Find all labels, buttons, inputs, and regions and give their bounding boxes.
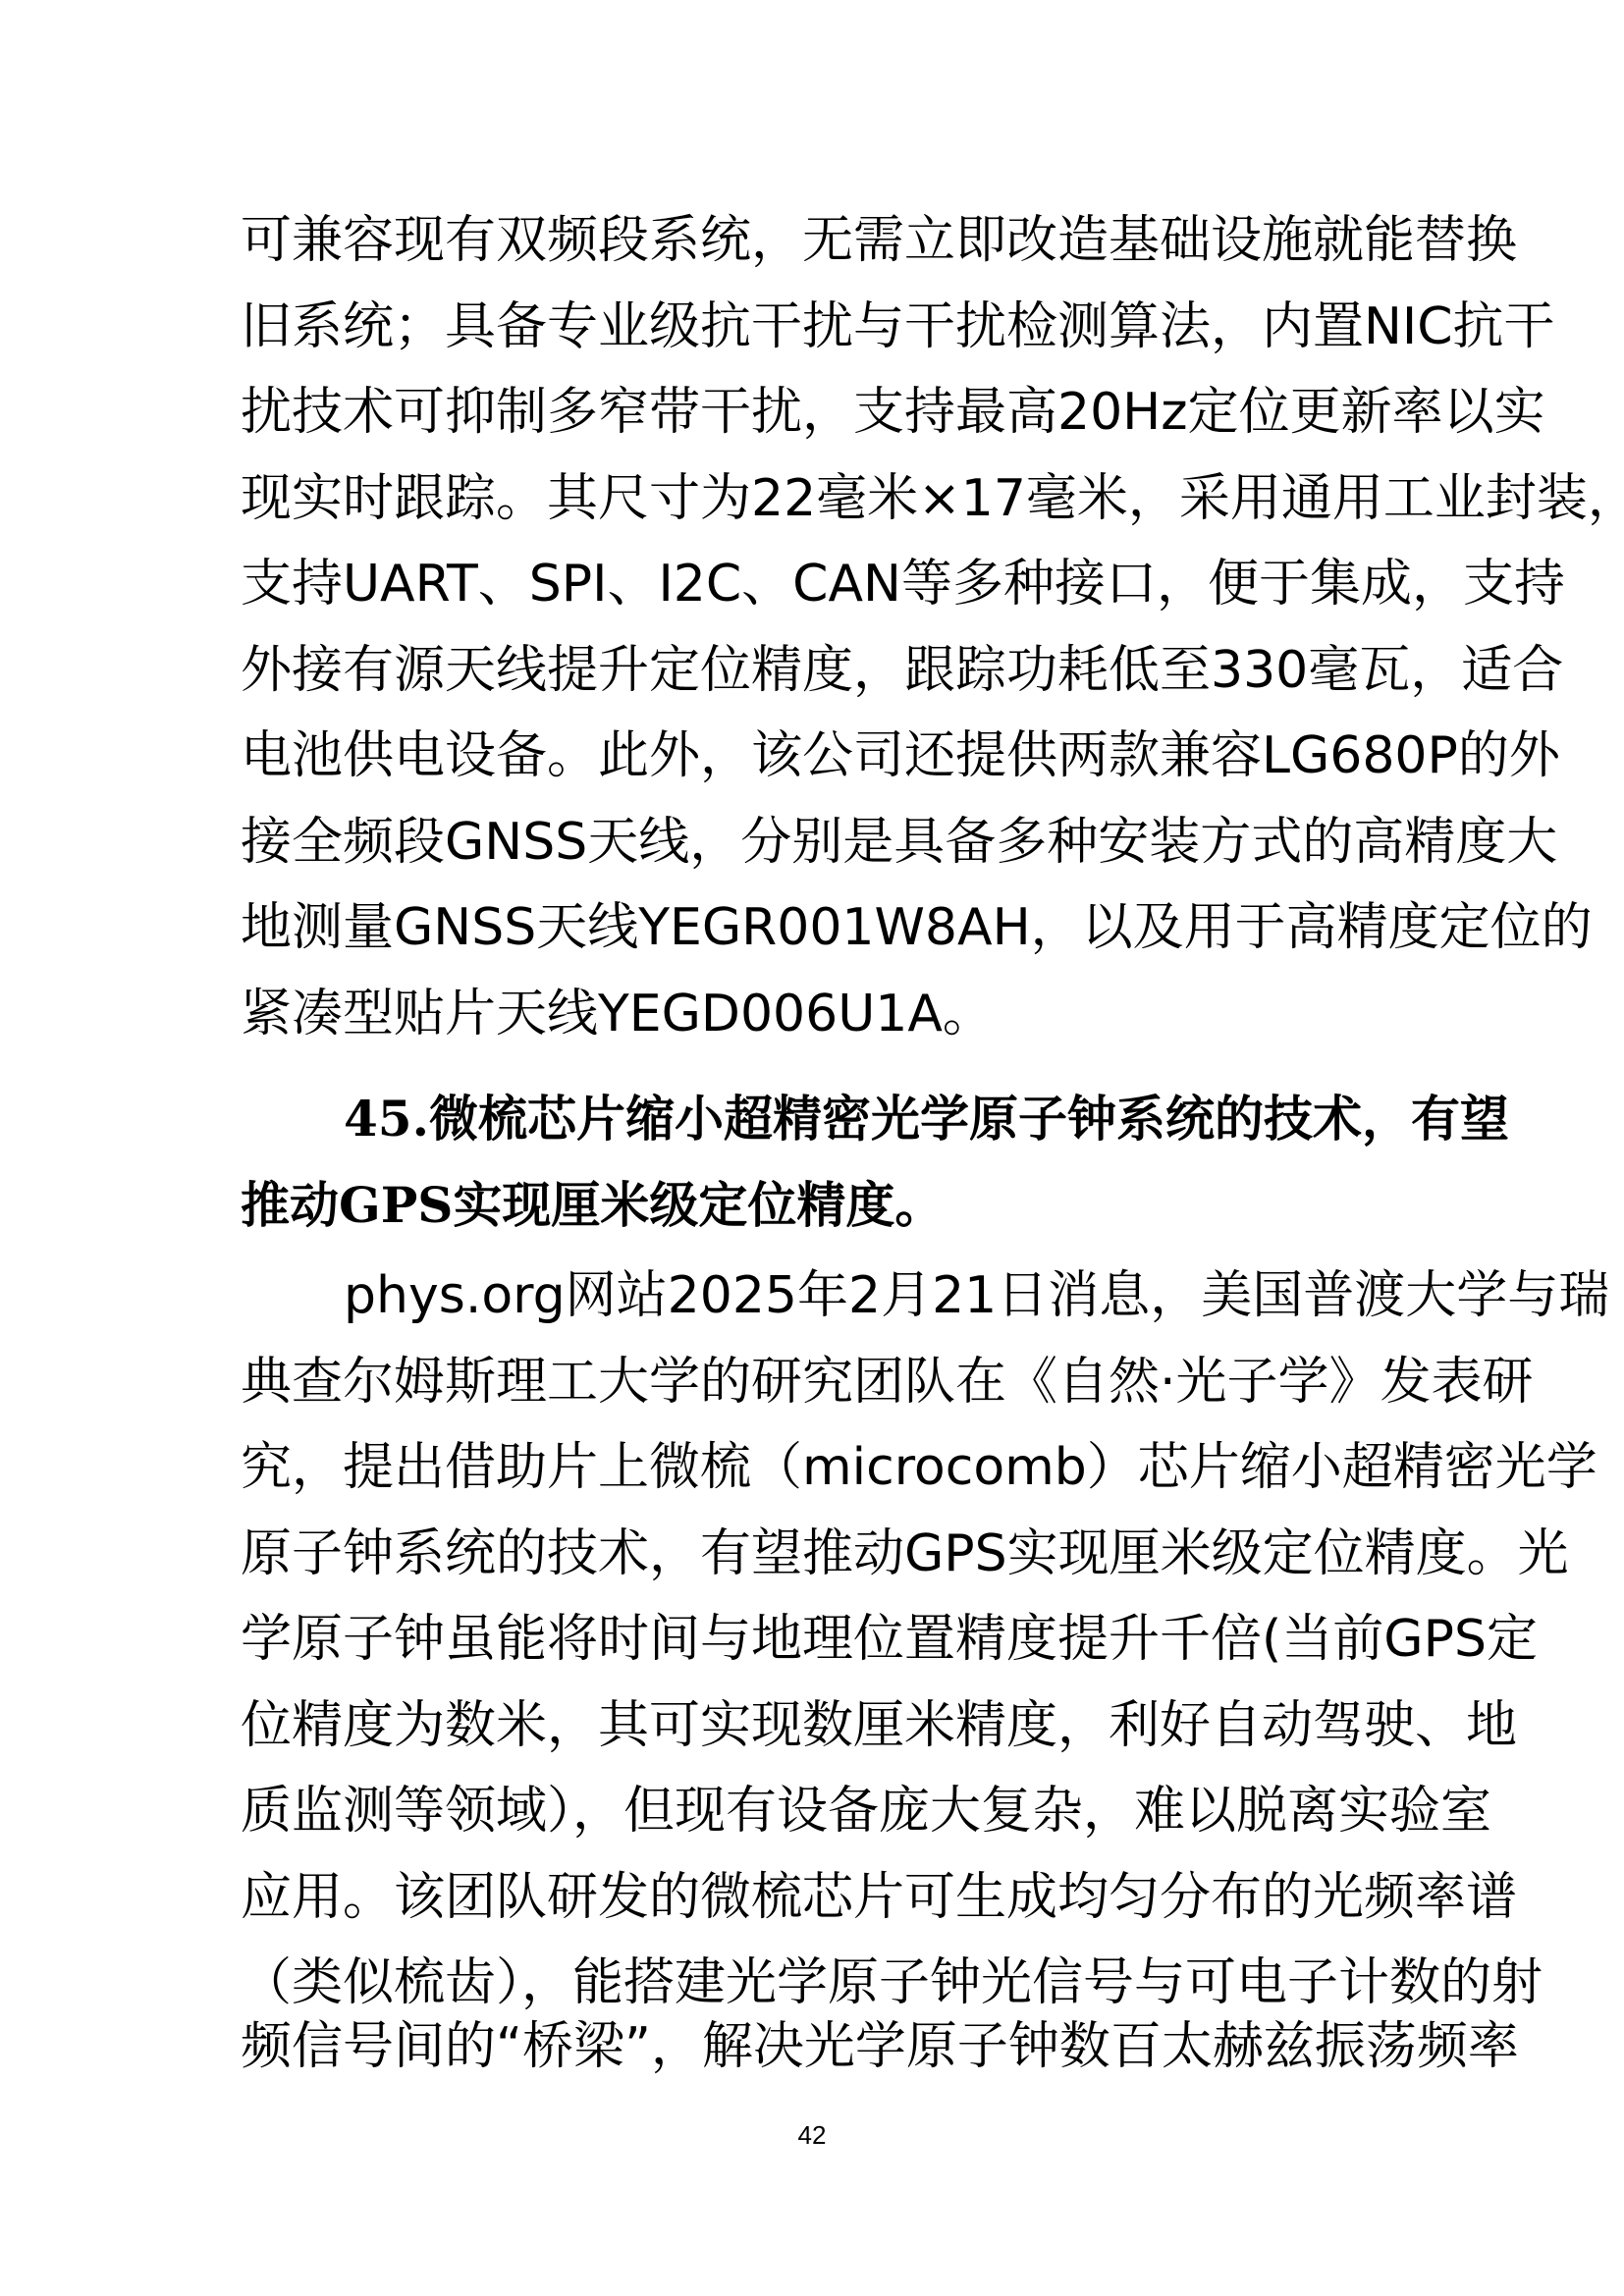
body-line: 外接有源天线提升定位精度，跟踪功耗低至330毫瓦，适合 bbox=[241, 631, 1387, 710]
body-line: 位精度为数米，其可实现数厘米精度，利好自动驾驶、地 bbox=[241, 1686, 1387, 1765]
body-line: 接全频段GNSS天线，分别是具备多种安装方式的高精度大 bbox=[241, 803, 1387, 881]
body-line: 应用。该团队研发的微梳芯片可生成均匀分布的光频率谱 bbox=[241, 1858, 1387, 1937]
body-line: 现实时跟踪。其尺寸为22毫米×17毫米，采用通用工业封装， bbox=[241, 459, 1387, 538]
body-line: 质监测等领域），但现有设备庞大复杂，难以脱离实验室 bbox=[241, 1772, 1387, 1850]
body-line: phys.org网站2025年2月21日消息，美国普渡大学与瑞 bbox=[344, 1256, 1387, 1335]
body-line: 支持UART、SPI、I2C、CAN等多种接口，便于集成，支持 bbox=[241, 545, 1387, 623]
heading-line: 推动GPS实现厘米级定位精度。 bbox=[241, 1166, 1387, 1245]
body-line: 地测量GNSS天线YEGR001W8AH，以及用于高精度定位的 bbox=[241, 888, 1387, 967]
document-page: 可兼容现有双频段系统，无需立即改造基础设施就能替换 旧系统；具备专业级抗干扰与干… bbox=[0, 0, 1624, 2296]
heading-line: 45.微梳芯片缩小超精密光学原子钟系统的技术，有望 bbox=[344, 1080, 1387, 1158]
body-line: 紧凑型贴片天线YEGD006U1A。 bbox=[241, 975, 1387, 1053]
body-line: 究，提出借助片上微梳（microcomb）芯片缩小超精密光学 bbox=[241, 1428, 1387, 1507]
body-line: 扰技术可抑制多窄带干扰，支持最高20Hz定位更新率以实 bbox=[241, 373, 1387, 452]
body-line: 可兼容现有双频段系统，无需立即改造基础设施就能替换 bbox=[241, 201, 1387, 280]
body-line: 频信号间的“桥梁”，解决光学原子钟数百太赫兹振荡频率 bbox=[241, 2007, 1387, 2086]
body-line: 旧系统；具备专业级抗干扰与干扰检测算法，内置NIC抗干 bbox=[241, 288, 1387, 366]
body-line: 学原子钟虽能将时间与地理位置精度提升千倍(当前GPS定 bbox=[241, 1600, 1387, 1679]
body-line: 原子钟系统的技术，有望推动GPS实现厘米级定位精度。光 bbox=[241, 1515, 1387, 1593]
body-line: 电池供电设备。此外，该公司还提供两款兼容LG680P的外 bbox=[241, 717, 1387, 795]
page-number: 42 bbox=[0, 2120, 1624, 2151]
body-line: 典查尔姆斯理工大学的研究团队在《自然·光子学》发表研 bbox=[241, 1343, 1387, 1421]
